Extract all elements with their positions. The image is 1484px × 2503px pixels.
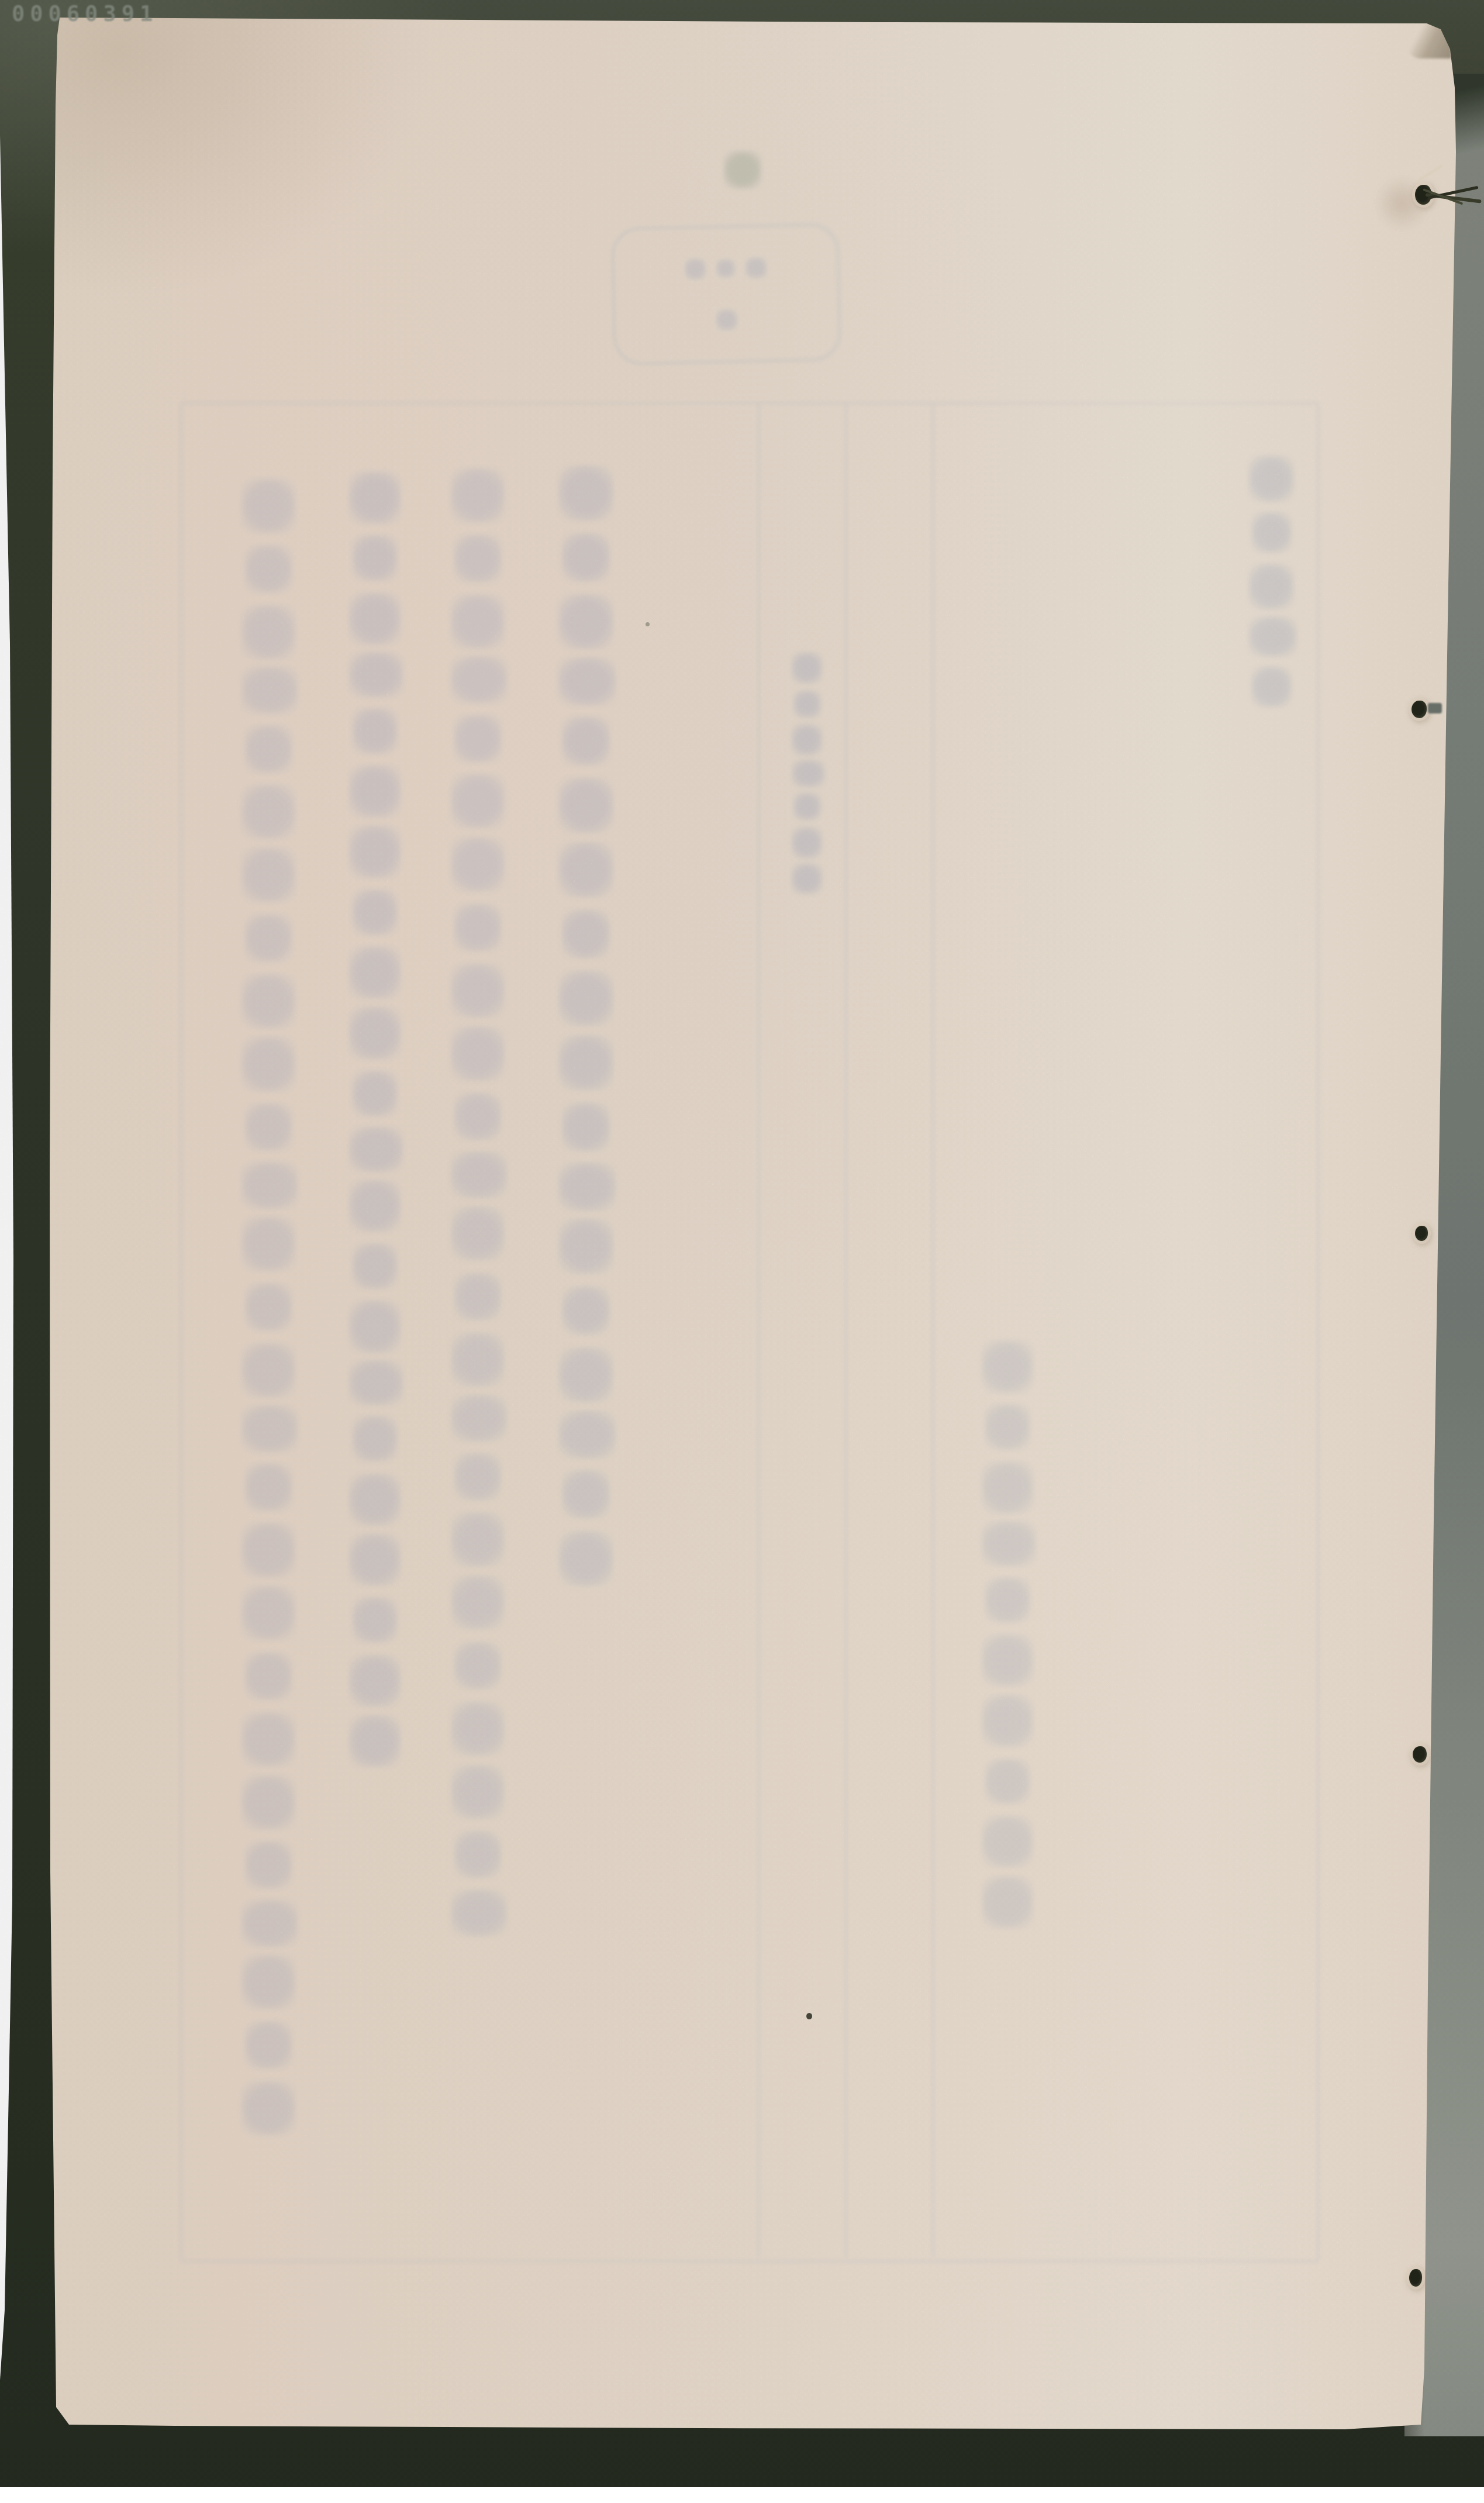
bleed-stamp-row	[716, 309, 737, 330]
bleed-text-column	[449, 468, 506, 1936]
binding-hole	[1415, 1226, 1428, 1241]
bleed-text-column	[557, 465, 615, 1587]
dust-speck	[646, 622, 650, 626]
bleed-through-layer	[0, 0, 1484, 2503]
bleed-column-rule	[845, 404, 847, 2257]
bleed-text-column-small	[791, 652, 823, 894]
bleed-column-rule	[932, 404, 934, 2257]
bleed-text-column	[980, 1340, 1035, 1929]
bleed-column-rule	[758, 404, 760, 2257]
bleed-stamp-row	[685, 257, 767, 280]
binding-hole	[1409, 2269, 1422, 2287]
dust-speck	[806, 2013, 812, 2019]
binding-hole	[1413, 1746, 1427, 1763]
bleed-text-column	[240, 478, 297, 2136]
bleed-text-column	[1247, 455, 1296, 711]
photo-white-margin-bottom	[0, 2487, 1484, 2503]
binding-thread	[1421, 167, 1484, 220]
bleed-stamp	[612, 223, 841, 365]
scanned-book-photo: 00060391	[0, 0, 1484, 2503]
book-page	[0, 0, 1484, 2503]
bleed-text-column	[347, 471, 402, 1767]
bleed-top-mark	[723, 151, 762, 189]
binding-hole	[1411, 701, 1427, 718]
archive-number: 00060391	[12, 2, 158, 26]
thread-stub	[1428, 703, 1442, 713]
thread-strand-light	[1418, 164, 1443, 182]
